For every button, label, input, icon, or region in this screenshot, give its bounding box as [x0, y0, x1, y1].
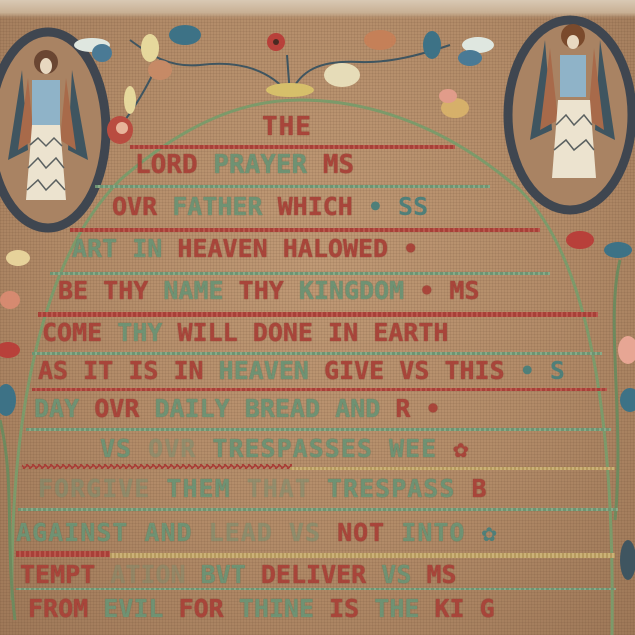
stitched-word: VS — [381, 560, 411, 589]
sampler-line-7: AS IT IS IN HEAVEN GIVE VS THIS • S — [0, 356, 635, 385]
sampler-line-12: TEMPT ATION BVT DELIVER VS MS — [0, 560, 635, 589]
divider-red — [16, 551, 110, 557]
stitched-word: AGAINST — [16, 518, 128, 547]
stitched-word: THY — [239, 276, 284, 305]
stitched-word: THE — [262, 112, 312, 142]
stitched-word: FROM — [28, 594, 88, 623]
stitched-word: TEMPT — [20, 560, 95, 589]
stitched-word: THY — [117, 318, 162, 347]
stitched-word: NOT — [337, 518, 385, 547]
stitched-word: AND — [144, 518, 192, 547]
divider-red — [130, 145, 455, 149]
stitched-word: BE THY — [58, 276, 148, 305]
sampler-line-9: VS OVR TRESPASSES WEE ✿ — [0, 434, 635, 463]
stitched-word: WILL — [178, 318, 238, 347]
divider-green — [32, 352, 602, 355]
sampler-line-1: THE — [0, 112, 635, 142]
stitched-word: OVR — [148, 434, 196, 463]
sampler-line-5: BE THY NAME THY KINGDOM • MS — [0, 276, 635, 305]
divider-red — [38, 312, 598, 317]
sampler-line-13: FROM EVIL FOR THINE IS THE KI G — [0, 594, 635, 623]
stitched-word: THIS — [444, 356, 504, 385]
divider-zigzag — [22, 464, 292, 469]
stitched-word: TRESPASSES — [212, 434, 373, 463]
stitched-word: THE — [374, 594, 419, 623]
sampler-line-4: ART IN HEAVEN HALOWED • — [0, 234, 635, 263]
stitched-word: HALOWED — [283, 234, 388, 263]
stitched-word: ART IN — [72, 234, 162, 263]
stitched-word: EARTH — [373, 318, 448, 347]
stitched-word: NAME — [163, 276, 223, 305]
stitched-word: • — [403, 234, 418, 263]
stitched-word: R — [395, 394, 410, 423]
stitched-word: THEM — [166, 474, 230, 503]
stitched-word: MS — [323, 150, 354, 180]
stitched-word: LORD — [135, 150, 198, 180]
stitched-word: FATHER — [172, 192, 262, 221]
stitched-word: • — [425, 394, 440, 423]
stitched-word: COME — [42, 318, 102, 347]
sampler-line-2: LORD PRAYER MS — [0, 150, 635, 180]
stitched-word: WEE — [389, 434, 437, 463]
stitched-word: DAILY — [154, 394, 229, 423]
stitched-word: THAT — [247, 474, 311, 503]
stitched-word: OVR — [94, 394, 139, 423]
divider-red — [32, 388, 607, 391]
sampler-line-8: DAY OVR DAILY BREAD AND R • — [0, 394, 635, 423]
stitched-word: LEAD VS — [209, 518, 321, 547]
stitched-word: KI — [435, 594, 465, 623]
divider-gold — [290, 467, 615, 470]
stitched-word: • SS — [368, 192, 428, 221]
stitched-word: FORGIVE — [38, 474, 150, 503]
stitched-word: BREAD — [245, 394, 320, 423]
stitched-word: FOR — [179, 594, 224, 623]
floral-vine-top — [125, 40, 450, 120]
divider-red — [70, 228, 540, 232]
stitched-word: IS IN — [128, 356, 203, 385]
stitched-word: OVR — [112, 192, 157, 221]
sampler-line-10: FORGIVE THEM THAT TRESPASS B — [0, 474, 635, 503]
stitched-word: ✿ — [482, 518, 498, 547]
stitched-word: B — [471, 474, 487, 503]
stitched-word: IS — [329, 594, 359, 623]
stitched-word: BVT — [201, 560, 246, 589]
divider-green — [95, 185, 490, 188]
stitched-word: KINGDOM — [299, 276, 404, 305]
sampler-line-6: COME THY WILL DONE IN EARTH — [0, 318, 635, 347]
stitched-word: DONE IN — [253, 318, 358, 347]
stitched-word: DELIVER — [261, 560, 366, 589]
stitched-word: • S — [520, 356, 565, 385]
stitched-word: WHICH — [278, 192, 353, 221]
divider-green — [18, 508, 618, 511]
stitched-word: AS IT — [38, 356, 113, 385]
sampler-line-3: OVR FATHER WHICH • SS — [0, 192, 635, 221]
stitched-word: TRESPASS — [327, 474, 455, 503]
stitched-word: HEAVEN — [177, 234, 267, 263]
stitched-word: AND — [335, 394, 380, 423]
stitched-word: DAY — [34, 394, 79, 423]
stitched-word: ATION — [110, 560, 185, 589]
stitched-word: EVIL — [103, 594, 163, 623]
stitched-word: • MS — [419, 276, 479, 305]
stitched-word: THINE — [239, 594, 314, 623]
divider-gold — [110, 553, 615, 558]
stitched-word: VS — [100, 434, 132, 463]
stitched-word: GIVE VS — [324, 356, 429, 385]
stitched-word: HEAVEN — [219, 356, 309, 385]
stitched-word: ✿ — [453, 434, 469, 463]
stitched-word: PRAYER — [213, 150, 307, 180]
divider-green — [26, 428, 611, 431]
sampler-line-11: AGAINST AND LEAD VS NOT INTO ✿ — [0, 518, 635, 547]
sampler-photo: THE LORD PRAYER MS OVR FATHER WHICH • SS… — [0, 0, 635, 635]
stitched-word: G — [480, 594, 495, 623]
stitched-word: INTO — [401, 518, 465, 547]
divider-green — [50, 272, 550, 275]
stitched-word: MS — [426, 560, 456, 589]
